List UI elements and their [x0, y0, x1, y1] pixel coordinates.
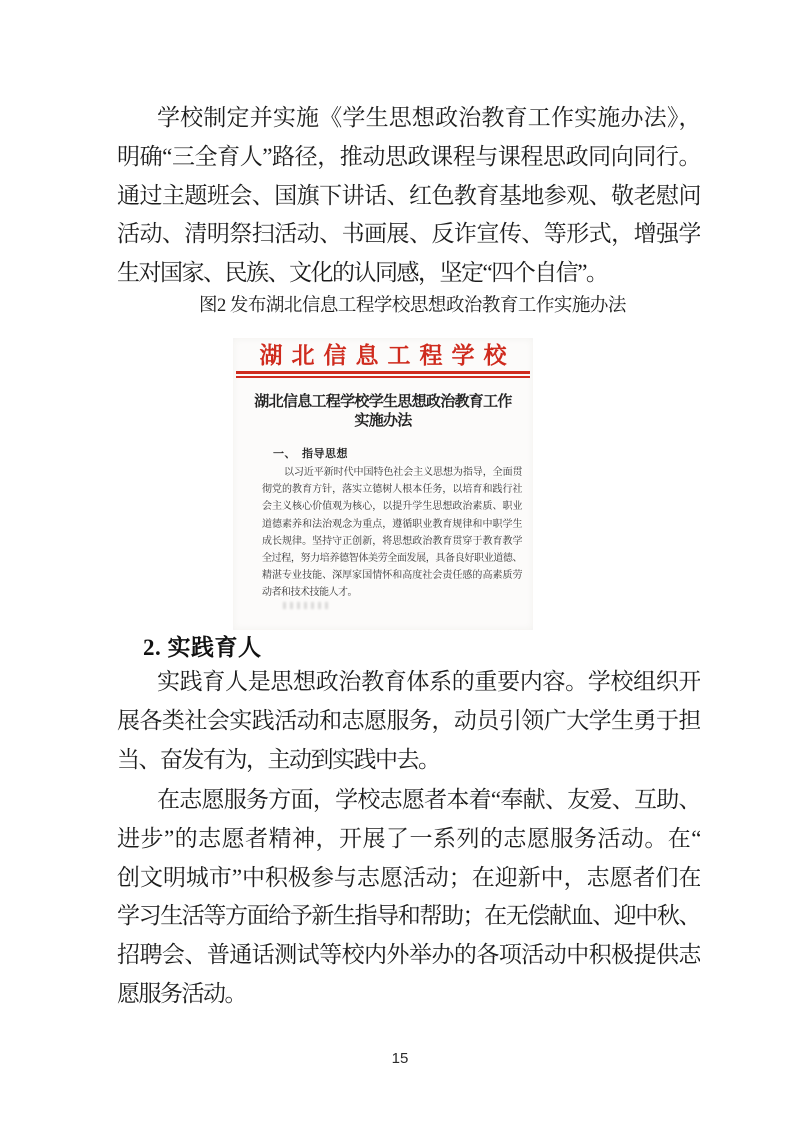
- text-line: 学校制定并实施《学生思想政治教育工作实施办法》，: [117, 99, 700, 138]
- scan-artifact: [283, 602, 329, 609]
- text-line: 进步”的志愿者精神，开展了一系列的志愿服务活动。在“: [117, 820, 700, 859]
- text-line: 活动、清明祭扫活动、书画展、反诈宣传、等形式，增强学: [117, 215, 700, 254]
- text-line: 生对国家、民族、文化的认同感，坚定“四个自信”。: [117, 254, 700, 293]
- text-line: 当、奋发有为，主动到实践中去。: [117, 741, 700, 780]
- text-line: 展各类社会实践活动和志愿服务，动员引领广大学生勇于担: [117, 702, 700, 741]
- figure-text-line: 动者和技术技能人才。: [262, 584, 522, 601]
- text-line: 明确“三全育人”路径，推动思政课程与课程思政同向同行。: [117, 138, 700, 177]
- text-line: 学习生活等方面给予新生指导和帮助；在无偿献血、迎中秋、: [117, 897, 700, 936]
- figure-section-heading: 一、 指导思想: [273, 446, 348, 462]
- page-number: 15: [0, 1050, 800, 1067]
- text-line: 创文明城市”中积极参与志愿活动；在迎新中，志愿者们在: [117, 859, 700, 898]
- figure-text-line: 以习近平新时代中国特色社会主义思想为指导，全面贯: [262, 464, 522, 481]
- text-line: 实践育人是思想政治教育体系的重要内容。学校组织开: [117, 663, 700, 702]
- doc-title: 湖北信息工程学校学生思想政治教育工作 实施办法: [243, 393, 523, 430]
- text-line: 愿服务活动。: [117, 975, 700, 1014]
- body-paragraph-3: 在志愿服务方面，学校志愿者本着“奉献、友爱、互助、 进步”的志愿者精神，开展了一…: [117, 781, 700, 1014]
- red-separator-line: [236, 371, 530, 378]
- figure-text-line: 全过程，努力培养德智体美劳全面发展，具备良好职业道德、: [262, 550, 522, 567]
- text-line: 在志愿服务方面，学校志愿者本着“奉献、友爱、互助、: [117, 781, 700, 820]
- figure-image: 湖北信息工程学校 湖北信息工程学校学生思想政治教育工作 实施办法 一、 指导思想…: [233, 338, 533, 630]
- section-number-heading: 2. 实践育人: [143, 628, 262, 668]
- school-name-title: 湖北信息工程学校: [233, 341, 533, 371]
- figure-text-line: 道德素养和法治观念为重点，遵循职业教育规律和中职学生: [262, 516, 522, 533]
- figure-caption: 图2 发布湖北信息工程学校思想政治教育工作实施办法: [0, 288, 800, 325]
- figure-text-line: 成长规律。坚持守正创新，将思想政治教育贯穿于教育教学: [262, 533, 522, 550]
- doc-title-line: 实施办法: [243, 412, 523, 431]
- doc-title-line: 湖北信息工程学校学生思想政治教育工作: [243, 393, 523, 412]
- figure-text-line: 会主义核心价值观为核心，以提升学生思想政治素质、职业: [262, 498, 522, 515]
- text-line: 招聘会、普通话测试等校内外举办的各项活动中积极提供志: [117, 936, 700, 975]
- figure-text-line: 彻党的教育方针，落实立德树人根本任务，以培育和践行社: [262, 481, 522, 498]
- body-paragraph-2: 实践育人是思想政治教育体系的重要内容。学校组织开 展各类社会实践活动和志愿服务，…: [117, 663, 700, 779]
- body-paragraph-1: 学校制定并实施《学生思想政治教育工作实施办法》， 明确“三全育人”路径，推动思政…: [117, 99, 700, 293]
- figure-text-line: 精湛专业技能、深厚家国情怀和高度社会责任感的高素质劳: [262, 567, 522, 584]
- figure-body-text: 以习近平新时代中国特色社会主义思想为指导，全面贯 彻党的教育方针，落实立德树人根…: [262, 464, 522, 602]
- text-line: 通过主题班会、国旗下讲话、红色教育基地参观、敬老慰问: [117, 177, 700, 216]
